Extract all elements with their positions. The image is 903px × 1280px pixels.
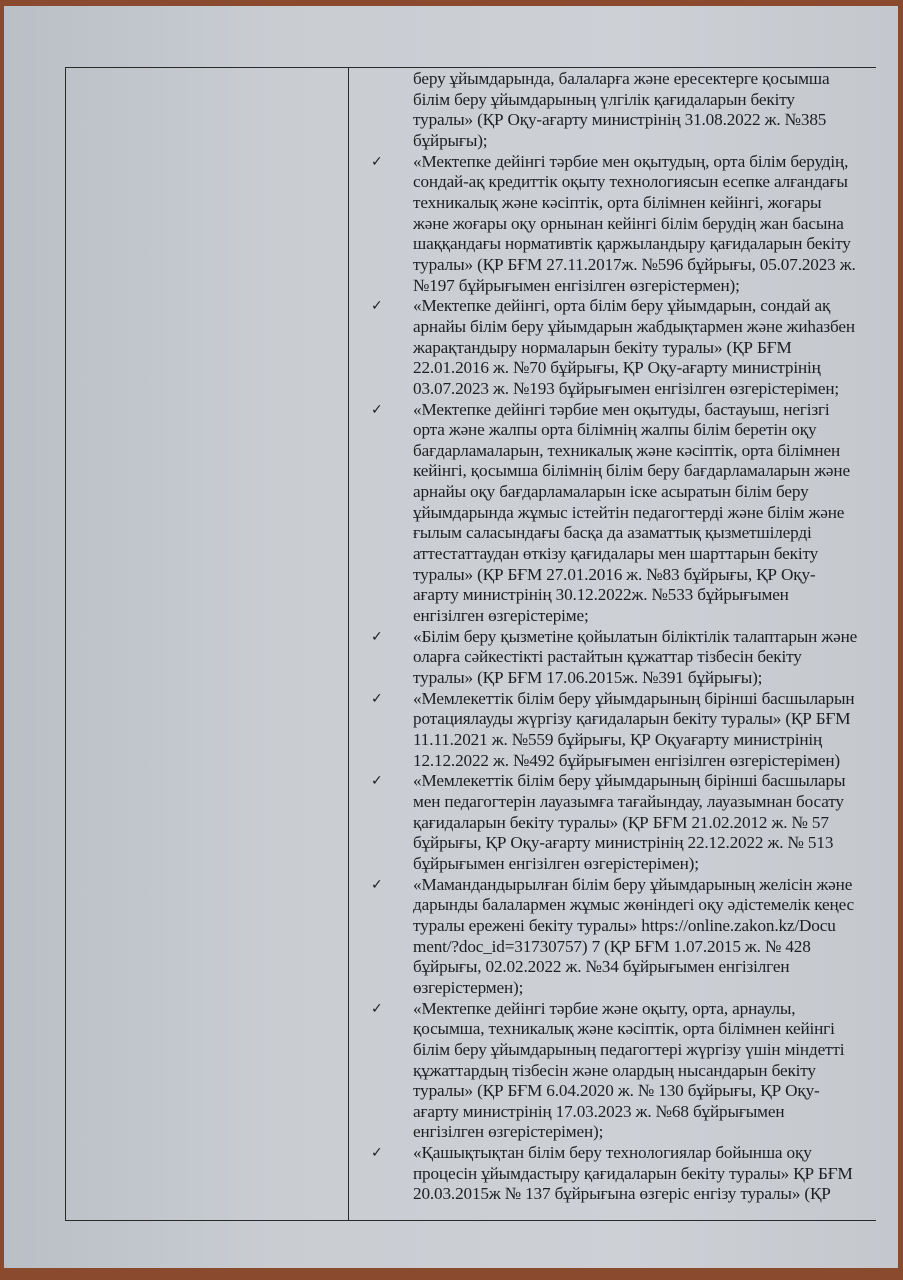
text-line: оларға сәйкестікті растайтын құжаттар ті…: [413, 647, 873, 668]
list-item: ✓«Мектепке дейінгі тәрбие мен оқытудың, …: [413, 152, 873, 297]
text-line: «Мемлекеттік білім беру ұйымдарының бірі…: [413, 771, 873, 792]
checkmark-icon: ✓: [371, 999, 383, 1020]
text-line: орта және жалпы орта білімнің жалпы білі…: [413, 420, 873, 441]
regulations-list: беру ұйымдарында, балаларға және ересект…: [413, 69, 873, 1205]
text-line: енгізілген өзгерістеріме;: [413, 606, 873, 627]
text-line: туралы» (ҚР БҒМ 6.04.2020 ж. № 130 бұйры…: [413, 1081, 873, 1102]
text-line: ment/?doc_id=31730757) 7 (ҚР БҒМ 1.07.20…: [413, 937, 873, 958]
text-line: сондай-ақ кредиттік оқыту технологиясын …: [413, 172, 873, 193]
text-line: бұйрығы);: [413, 131, 873, 152]
text-line: арнайы оқу бағдарламаларын іске асыратын…: [413, 482, 873, 503]
list-item: ✓«Мектепке дейінгі тәрбие және оқыту, ор…: [413, 999, 873, 1144]
text-line: ұйымдарында жұмыс істейтін педагогтерді …: [413, 503, 873, 524]
text-line: «Білім беру қызметіне қойылатын біліктіл…: [413, 627, 873, 648]
checkmark-icon: ✓: [371, 771, 383, 792]
text-line: туралы» (ҚР БҒМ 27.11.2017ж. №596 бұйрығ…: [413, 255, 873, 276]
text-line: енгізілген өзгерістерімен);: [413, 1122, 873, 1143]
text-line: техникалық және кәсіптік, орта білімнен …: [413, 193, 873, 214]
text-line: «Қашықтықтан білім беру технологиялар бо…: [413, 1143, 873, 1164]
table-left-cell: [66, 68, 349, 1220]
text-line: бұйрығы, 02.02.2022 ж. №34 бұйрығымен ен…: [413, 957, 873, 978]
text-line: туралы» (ҚР Оқу-ағарту министрінің 31.08…: [413, 110, 873, 131]
text-line: білім беру ұйымдарының педагогтері жүргі…: [413, 1040, 873, 1061]
checkmark-icon: ✓: [371, 152, 383, 173]
text-line: ғылым саласындағы басқа да азаматтық қыз…: [413, 523, 873, 544]
text-line: туралы ережені бекіту туралы» https://on…: [413, 916, 873, 937]
text-line: ротациялауды жүргізу қағидаларын бекіту …: [413, 709, 873, 730]
paper-page: беру ұйымдарында, балаларға және ересект…: [4, 6, 898, 1268]
document-table: беру ұйымдарында, балаларға және ересект…: [65, 67, 876, 1221]
text-line: кейінгі, қосымша білімнің білім беру бағ…: [413, 461, 873, 482]
text-line: «Мектепке дейінгі тәрбие және оқыту, орт…: [413, 999, 873, 1020]
text-line: білім беру ұйымдарының үлгілік қағидалар…: [413, 90, 873, 111]
text-line: «Мемлекеттік білім беру ұйымдарының бірі…: [413, 689, 873, 710]
text-line: дарынды балалармен жұмыс жөніндегі оқу ә…: [413, 895, 873, 916]
text-line: 12.12.2022 ж. №492 бұйрығымен енгізілген…: [413, 751, 873, 772]
table-right-cell: беру ұйымдарында, балаларға және ересект…: [349, 68, 876, 1220]
checkmark-icon: ✓: [371, 296, 383, 317]
checkmark-icon: ✓: [371, 400, 383, 421]
text-line: №197 бұйрығымен енгізілген өзгерістермен…: [413, 276, 873, 297]
text-line: 20.03.2015ж № 137 бұйрығына өзгеріс енгі…: [413, 1184, 873, 1205]
text-line: «Мамандандырылған білім беру ұйымдарының…: [413, 875, 873, 896]
checkmark-icon: ✓: [371, 875, 383, 896]
checkmark-icon: ✓: [371, 627, 383, 648]
text-line: процесін ұйымдастыру қағидаларын бекіту …: [413, 1164, 873, 1185]
text-line: «Мектепке дейінгі тәрбие мен оқытудың, о…: [413, 152, 873, 173]
text-line: бұйрығы, ҚР Оқу-ағарту министрінің 22.12…: [413, 833, 873, 854]
text-line: туралы» (ҚР БҒМ 27.01.2016 ж. №83 бұйрығ…: [413, 565, 873, 586]
text-line: ағарту министрінің 30.12.2022ж. №533 бұй…: [413, 585, 873, 606]
text-line: «Мектепке дейінгі, орта білім беру ұйымд…: [413, 296, 873, 317]
text-line: 22.01.2016 ж. №70 бұйрығы, ҚР Оқу-ағарту…: [413, 358, 873, 379]
text-line: ағарту министрінің 17.03.2023 ж. №68 бұй…: [413, 1102, 873, 1123]
text-line: мен педагогтерін лауазымға тағайындау, л…: [413, 792, 873, 813]
text-line: және жоғары оқу орнынан кейінгі білім бе…: [413, 214, 873, 235]
text-line: 11.11.2021 ж. №559 бұйрығы, ҚР Оқуағарту…: [413, 730, 873, 751]
text-line: өзгерістермен);: [413, 978, 873, 999]
text-line: беру ұйымдарында, балаларға және ересект…: [413, 69, 873, 90]
list-item: ✓«Қашықтықтан білім беру технологиялар б…: [413, 1143, 873, 1205]
text-line: қағидаларын бекіту туралы» (ҚР БҒМ 21.02…: [413, 813, 873, 834]
checkmark-icon: ✓: [371, 689, 383, 710]
list-item: ✓«Мемлекеттік білім беру ұйымдарының бір…: [413, 689, 873, 772]
list-item: ✓«Білім беру қызметіне қойылатын білікті…: [413, 627, 873, 689]
text-line: аттестаттаудан өткізу қағидалары мен шар…: [413, 544, 873, 565]
list-item: ✓«Мамандандырылған білім беру ұйымдарыны…: [413, 875, 873, 999]
list-item: ✓«Мемлекеттік білім беру ұйымдарының бір…: [413, 771, 873, 874]
list-item: ✓«Мектепке дейінгі тәрбие мен оқытуды, б…: [413, 400, 873, 627]
text-line: шаққандағы нормативтік қаржыландыру қағи…: [413, 234, 873, 255]
text-line: қосымша, техникалық және кәсіптік, орта …: [413, 1019, 873, 1040]
checkmark-icon: ✓: [371, 1143, 383, 1164]
continued-item-text: беру ұйымдарында, балаларға және ересект…: [413, 69, 873, 152]
text-line: құжаттардың тізбесін және олардың нысанд…: [413, 1061, 873, 1082]
text-line: бұйрығымен енгізілген өзгерістерімен);: [413, 854, 873, 875]
text-line: бағдарламаларын, техникалық және кәсіпті…: [413, 441, 873, 462]
text-line: туралы» (ҚР БҒМ 17.06.2015ж. №391 бұйрығ…: [413, 668, 873, 689]
text-line: 03.07.2023 ж. №193 бұйрығымен енгізілген…: [413, 379, 873, 400]
text-line: жарақтандыру нормаларын бекіту туралы» (…: [413, 338, 873, 359]
list-item: ✓«Мектепке дейінгі, орта білім беру ұйым…: [413, 296, 873, 399]
text-line: «Мектепке дейінгі тәрбие мен оқытуды, ба…: [413, 400, 873, 421]
text-line: арнайы білім беру ұйымдарын жабдықтармен…: [413, 317, 873, 338]
